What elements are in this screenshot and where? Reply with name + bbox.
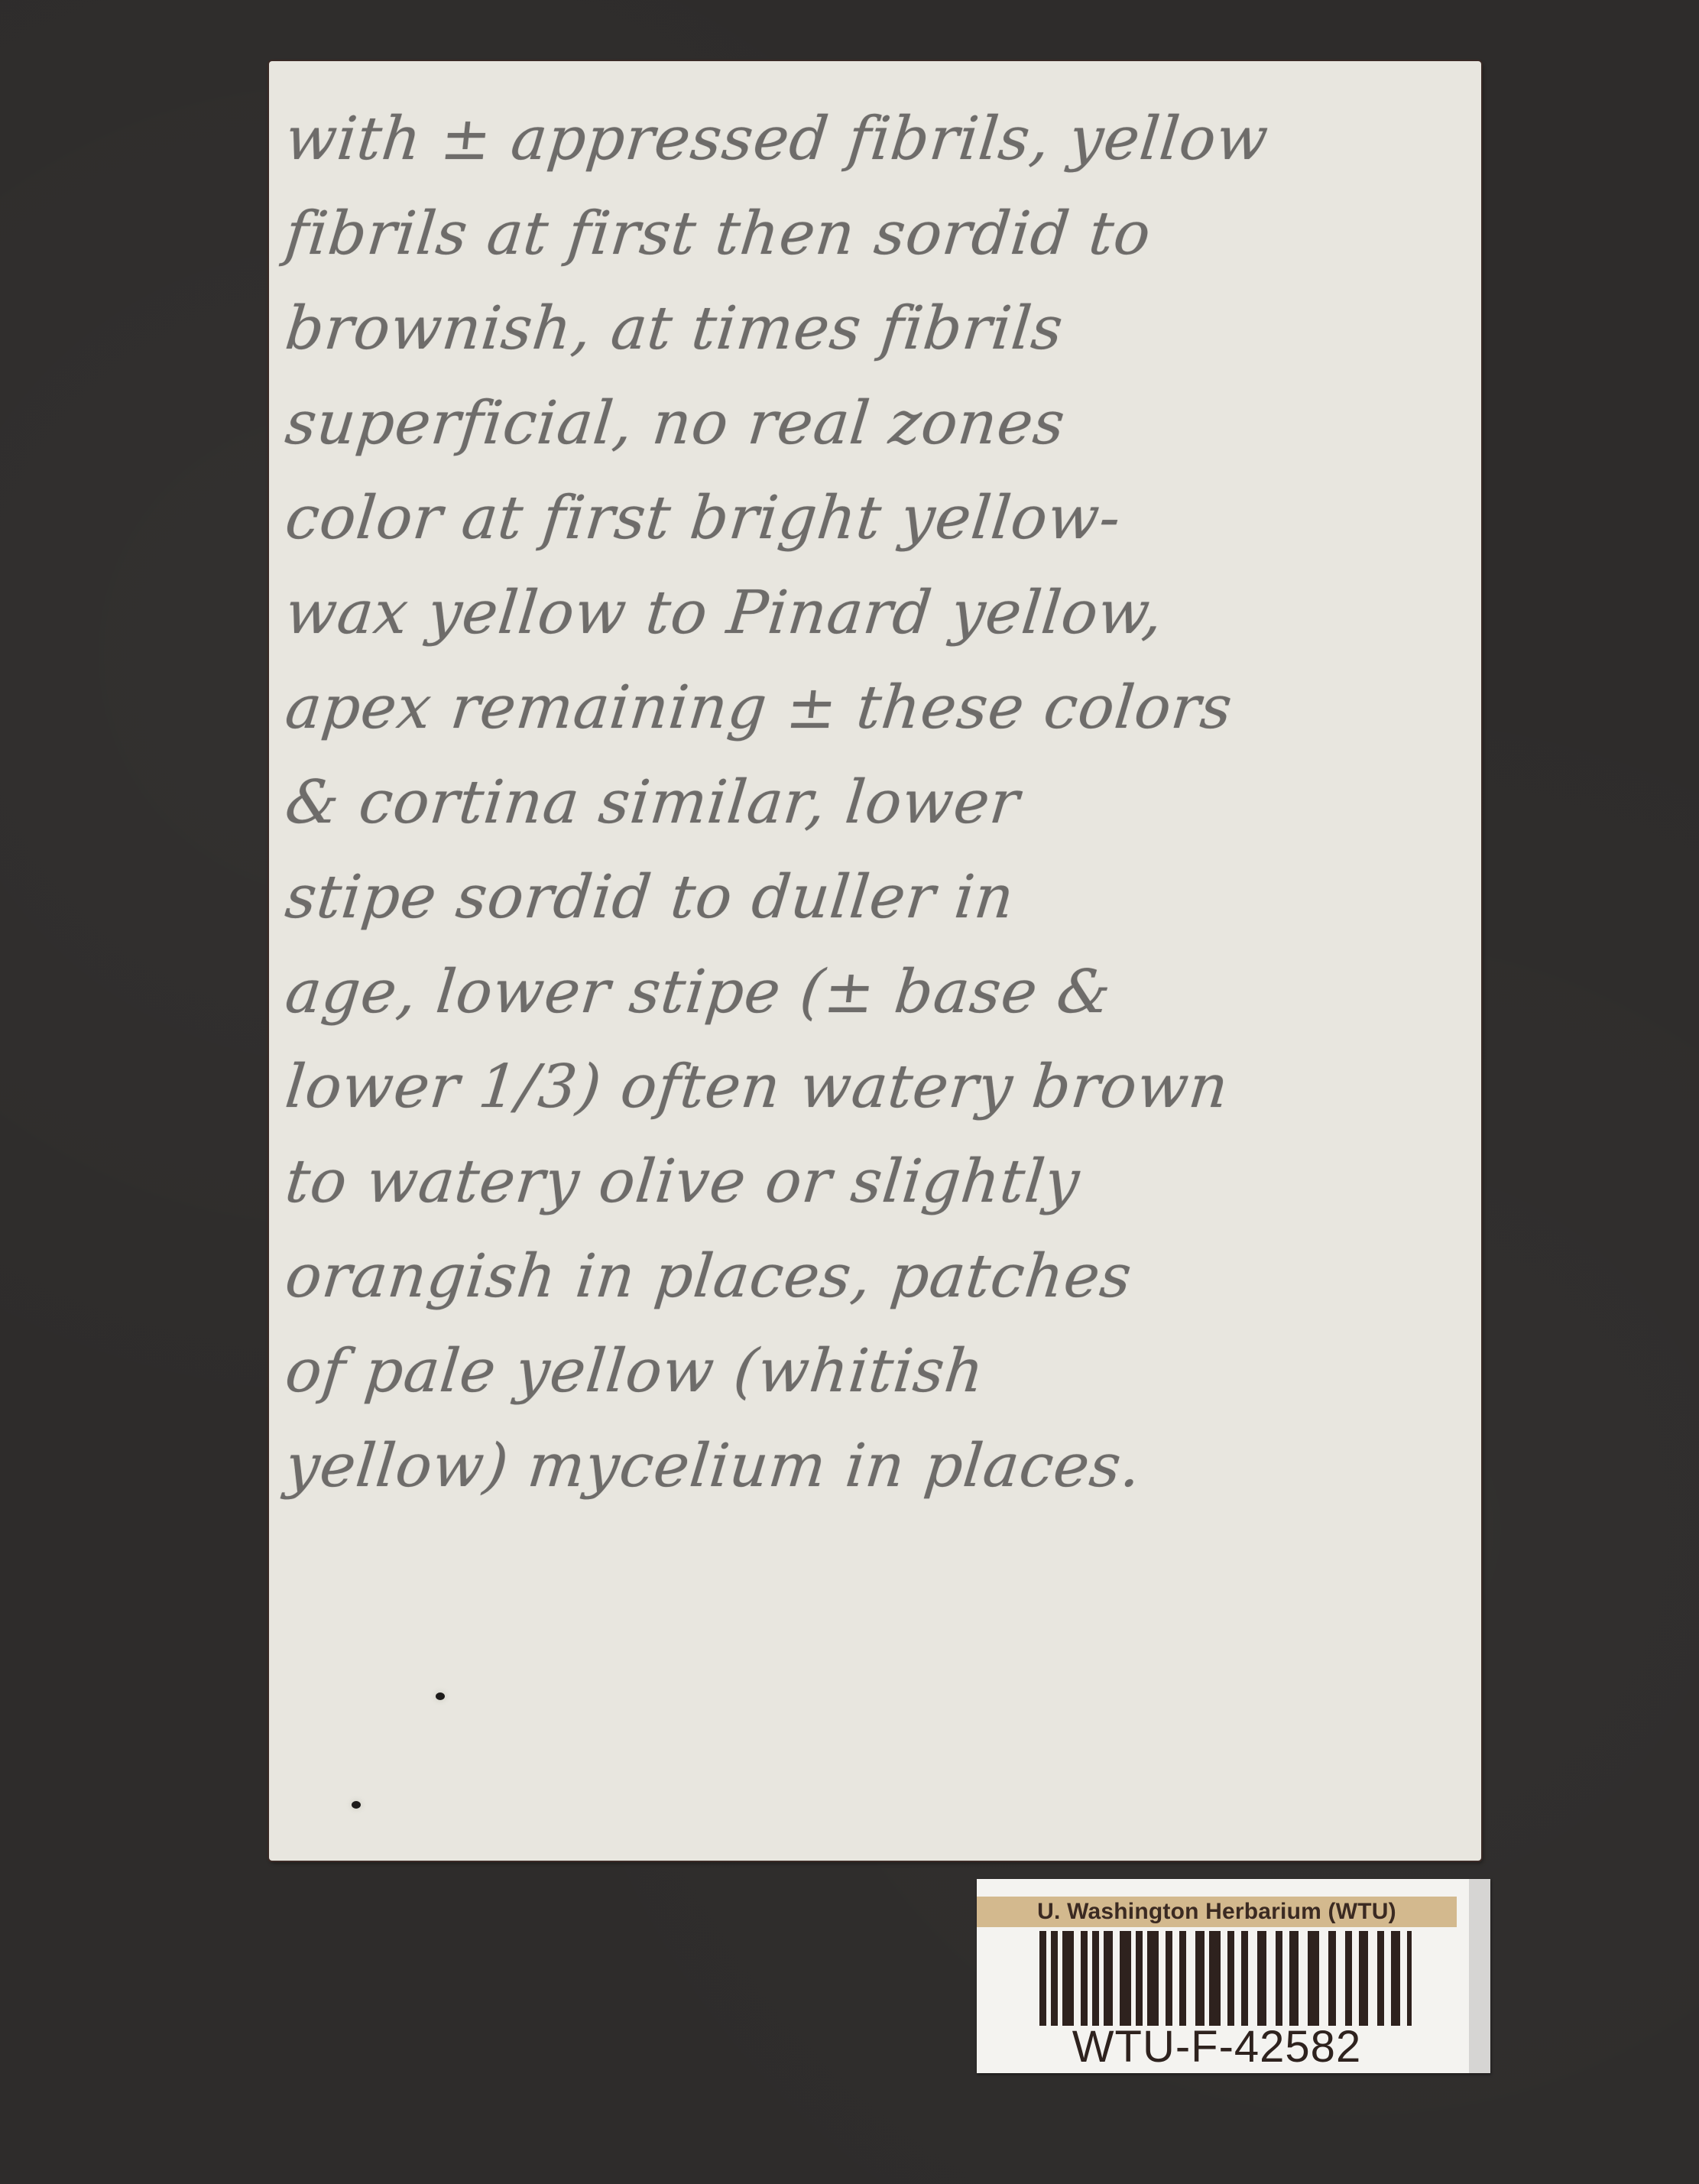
- label-tab-edge: [1469, 1879, 1490, 2073]
- handwriting-line: of pale yellow (whitish: [280, 1324, 1467, 1419]
- handwriting-line: color at first bright yellow-: [280, 471, 1467, 566]
- herbarium-barcode-label: U. Washington Herbarium (WTU) WTU-F-4258…: [977, 1879, 1490, 2073]
- handwriting-line: apex remaining ± these colors: [280, 660, 1467, 755]
- handwritten-note-card: with ± appressed fibrils, yellow fibrils…: [269, 61, 1481, 1861]
- handwriting-line: fibrils at first then sordid to: [280, 187, 1467, 281]
- handwriting-line: stipe sordid to duller in: [280, 850, 1467, 945]
- handwriting-line: to watery olive or slightly: [280, 1134, 1467, 1229]
- handwriting-line: age, lower stipe (± base &: [280, 945, 1467, 1040]
- pin-hole-mark: [436, 1692, 445, 1700]
- handwriting-line: superficial, no real zones: [280, 376, 1467, 471]
- handwriting-line: wax yellow to Pinard yellow,: [280, 566, 1467, 660]
- handwriting-line: lower 1/3) often watery brown: [280, 1040, 1467, 1134]
- handwriting-line: & cortina similar, lower: [280, 755, 1467, 850]
- pin-hole-mark: [352, 1801, 361, 1809]
- handwriting-line: yellow) mycelium in places.: [280, 1419, 1467, 1514]
- institution-name: U. Washington Herbarium (WTU): [977, 1897, 1457, 1927]
- catalog-number: WTU-F-42582: [977, 2024, 1457, 2070]
- handwriting-line: with ± appressed fibrils, yellow: [280, 92, 1467, 187]
- handwritten-description: with ± appressed fibrils, yellow fibrils…: [286, 92, 1463, 1514]
- barcode-icon: [1039, 1931, 1419, 2026]
- handwriting-line: brownish, at times fibrils: [280, 281, 1467, 376]
- handwriting-line: orangish in places, patches: [280, 1229, 1467, 1324]
